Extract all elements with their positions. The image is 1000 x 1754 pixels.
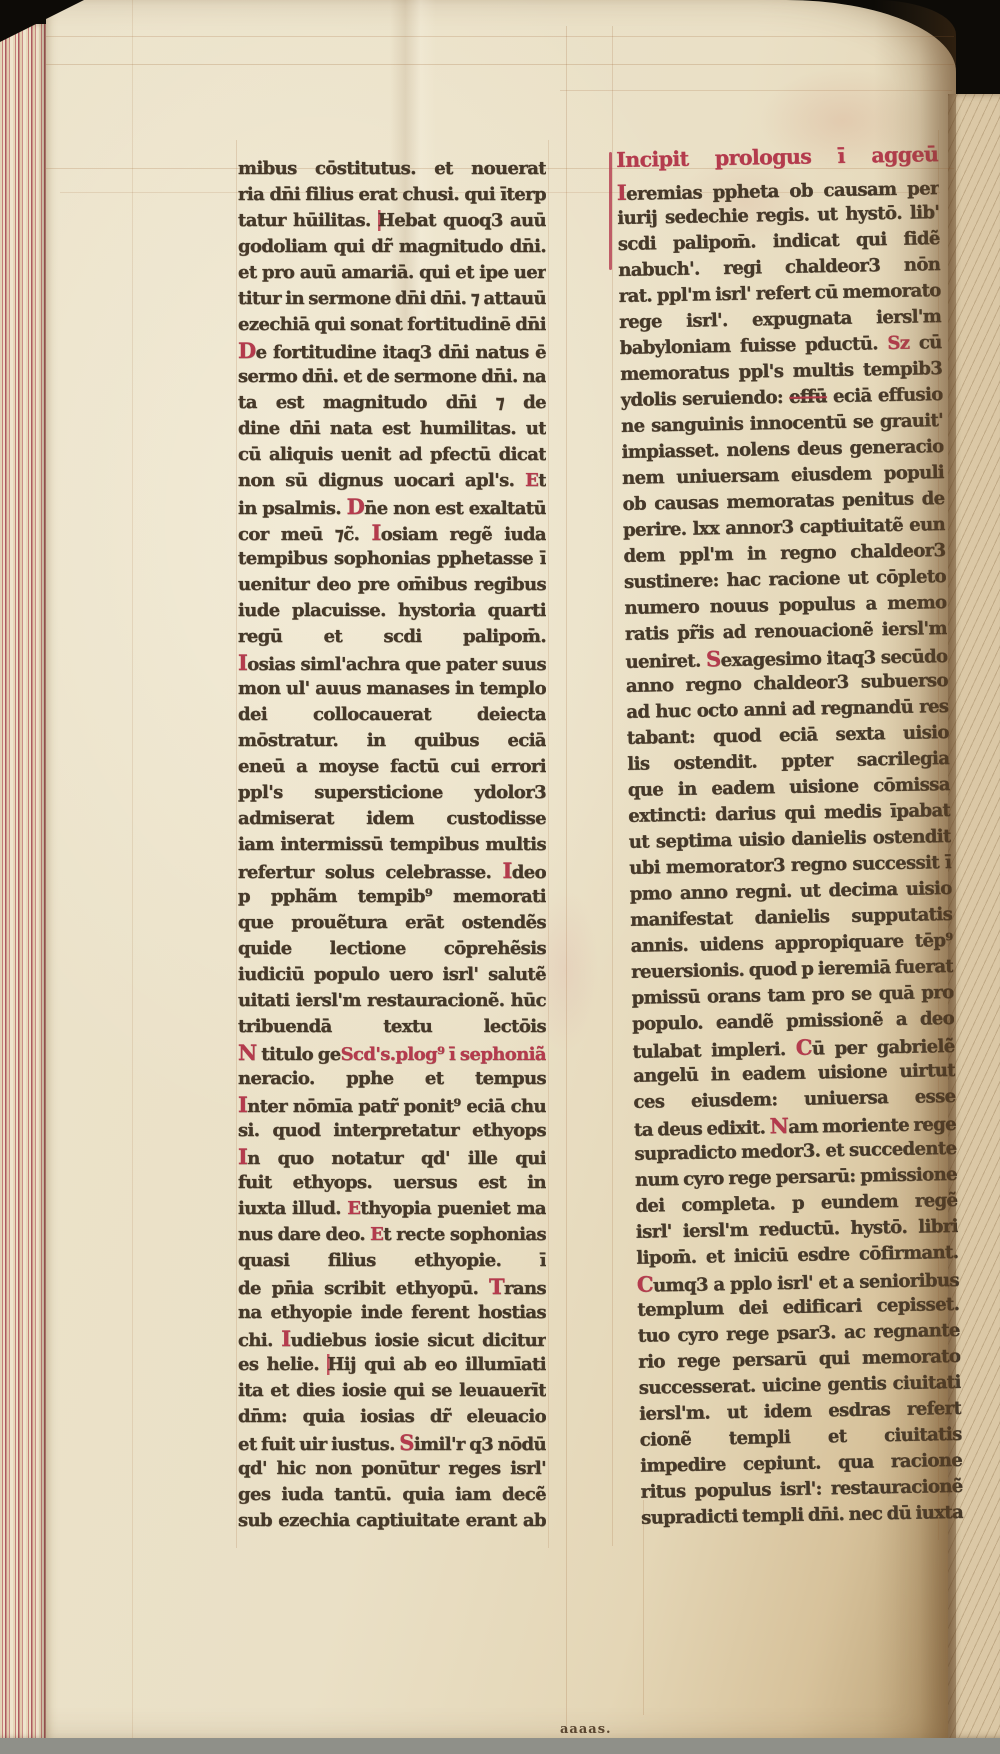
ruling-line	[46, 64, 954, 65]
text-line: es helie. Hij qui ab eo illumīati sūt.	[238, 1352, 546, 1378]
text-line: si. quod interpretatur ethyops me⁹	[238, 1118, 546, 1144]
text-line: ria dn̄i filius erat chusi. qui īterp	[238, 182, 546, 208]
text-line: refertur solus celebrasse. Ideo deus	[238, 858, 546, 884]
ruling-line	[560, 90, 952, 91]
text-line: mibus cōstitutus. et nouerat miste	[238, 156, 546, 182]
text-line: sermo dn̄i. et de sermone dn̄i. na	[238, 364, 546, 390]
text-line: iuxta illud. Ethyopia pueniet ma	[238, 1196, 546, 1222]
text-line: dei collocauerat deiecta cōminuisse	[238, 702, 546, 728]
text-line: godoliam qui dr̃ magnitudo dn̄i.	[238, 234, 546, 260]
text-line: et pro auū amariā. qui et ipe uer	[238, 260, 546, 286]
text-line: non sū dignus uocari apl's. Et iud	[238, 468, 546, 494]
text-line: N titulo geScd's.plog⁹ ī sephoniã	[238, 1040, 546, 1066]
text-line: de pn̄ia scribit ethyopū. Trans flumi	[238, 1274, 546, 1300]
text-line: ita et dies iosie qui se leuauerīt ad	[238, 1378, 546, 1404]
text-line: iudiciū populo uero isrl' salutẽ et ī	[238, 962, 546, 988]
text-line: Inter nōmīa patr̃ ponit⁹ eciā chu	[238, 1092, 546, 1118]
text-line: nus dare deo. Et recte sophonias	[238, 1222, 546, 1248]
text-line: dn̄m: quia iosias dr̃ eleuacio dom̄i	[238, 1404, 546, 1430]
text-line: uitati iersl'm restauracionẽ. hūc tēpis	[238, 988, 546, 1014]
text-line: ppl's supersticione ydolor3 detentus	[238, 780, 546, 806]
text-line: cū aliquis uenit ad pfectū dicat q̃a	[238, 442, 546, 468]
ruling-line	[548, 140, 549, 1548]
text-line: cor meū ⁊c̃. Iosiam regẽ iuda cui⁹	[238, 520, 546, 546]
text-line: Iosias siml'achra que pater suus a	[238, 650, 546, 676]
text-line: et fuit uir iustus. Simil'r q3 nōdū	[238, 1430, 546, 1456]
text-line: admiserat idem custodisse pascha. ⁊	[238, 806, 546, 832]
text-line: neracio. pphe et tempus nomīatur.	[238, 1066, 546, 1092]
text-line: tatur hūilitas. Hebat quoq3 auū	[238, 208, 546, 234]
text-line: regū et scdi palipom̄. demonstrat.	[238, 624, 546, 650]
text-line: eneū a moyse factū cui errori īduct⁹	[238, 754, 546, 780]
text-line: uenitur deo pre om̄ibus regibus	[238, 572, 546, 598]
text-line: in psalmis. Dn̄e non est exaltatū	[238, 494, 546, 520]
text-line: na ethyopie inde ferent hostias mi	[238, 1300, 546, 1326]
text-line: quide lectione cōprehẽsis affuturū	[238, 936, 546, 962]
ruling-line	[612, 26, 613, 1546]
text-line: qd' hic non ponūtur reges isrl' sed re	[238, 1456, 546, 1482]
text-line: sub ezechia captiuitate erant ab assirii…	[238, 1508, 546, 1534]
ruling-line	[46, 36, 954, 37]
left-text-column: mibus cōstitutus. et nouerat misteria dn…	[238, 156, 546, 1542]
catchword-fragment: aaaas.	[560, 1722, 650, 1738]
text-line: In quo notatur qd' ille qui quondā	[238, 1144, 546, 1170]
book-fore-edge-stripes	[0, 24, 46, 1738]
text-line: supradicti templi dn̄i. nec dū iuxta	[641, 1500, 963, 1532]
text-line: iam intermissū tempibus multis	[238, 832, 546, 858]
ruling-line	[132, 0, 133, 1738]
text-line: ges iuda tantū. quia iam decẽ tribus	[238, 1482, 546, 1508]
rubric-initial-descender	[609, 152, 612, 270]
text-line: ta est magnitudo dn̄i ⁊ de magnitu	[238, 390, 546, 416]
text-line: titur in sermone dn̄i dn̄i. ⁊ attauū	[238, 286, 546, 312]
text-line: mon ul' auus manases in templo	[238, 676, 546, 702]
text-line: mōstratur. in quibus eciā serpentẽ	[238, 728, 546, 754]
text-line: dine dn̄i nata est humilitas. ut	[238, 416, 546, 442]
ruling-line	[236, 140, 237, 1548]
text-line: p pphãm tempib⁹ memorati regis	[238, 884, 546, 910]
text-line: fuit ethyops. uersus est in psl'am.	[238, 1170, 546, 1196]
text-line: De fortitudine itaq3 dn̄i natus ē	[238, 338, 546, 364]
right-text-column: Incipit prologus ī aggeū pphetãIeremias …	[616, 138, 964, 1544]
text-line: que prouẽtura erāt ostendẽs gentib⁹	[238, 910, 546, 936]
text-line: ezechiā qui sonat fortitudinē dn̄i	[238, 312, 546, 338]
text-line: tempibus sophonias pphetasse ī	[238, 546, 546, 572]
text-line: iude placuisse. hystoria quarti lib'	[238, 598, 546, 624]
rubric-heading-line: Incipit prologus ī aggeū pphetã	[616, 138, 939, 180]
ruling-line	[566, 26, 567, 1726]
photo-bottom-strip	[0, 1738, 1000, 1754]
manuscript-photo: mibus cōstitutus. et nouerat misteria dn…	[0, 0, 1000, 1754]
text-line: quasi filius ethyopie. ī sequẽtibus	[238, 1248, 546, 1274]
text-line: chi. Iudiebus iosie sicut dicitur di	[238, 1326, 546, 1352]
text-line: tribuendā textu lectōis denūciauit	[238, 1014, 546, 1040]
